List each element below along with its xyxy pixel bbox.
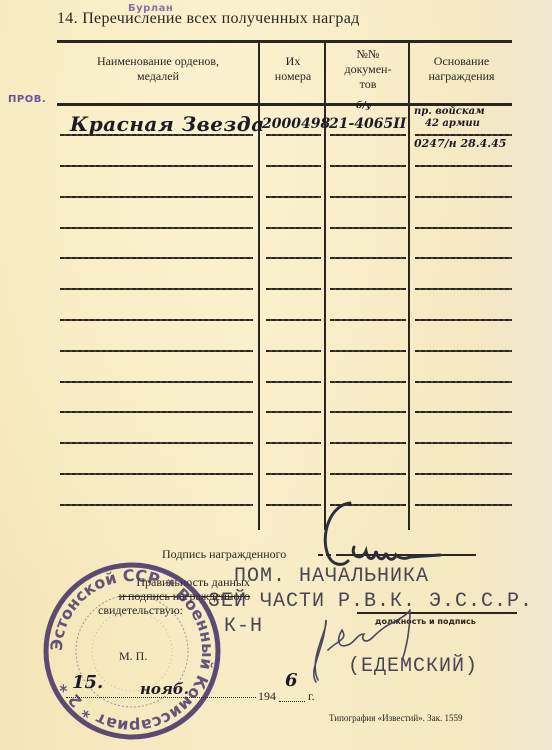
basis-entry-line3: 0247/н 28.4.45 — [414, 137, 506, 150]
table-row-rule — [415, 134, 512, 136]
header-award-basis: Основание награждения — [411, 54, 512, 84]
table-row-rule — [330, 381, 406, 383]
recipient-signature-label: Подпись награжденного — [162, 547, 286, 562]
year-prefix: 194 — [258, 689, 276, 704]
date-month: нояб. — [140, 680, 189, 698]
table-row-rule — [415, 442, 512, 444]
table-row-rule — [330, 196, 406, 198]
table-row-rule — [266, 257, 321, 259]
section-title: 14. Перечисление всех полученных наград — [57, 10, 360, 28]
table-row-rule — [60, 442, 253, 444]
document-number-entry: 21-4065II — [329, 116, 406, 132]
table-row-rule — [60, 165, 253, 167]
table-row-rule — [60, 473, 253, 475]
table-row-rule — [266, 381, 321, 383]
table-row-rule — [266, 165, 321, 167]
table-row-rule — [266, 411, 321, 413]
table-row-rule — [415, 288, 512, 290]
table-row-rule — [60, 227, 253, 229]
table-row-rule — [415, 165, 512, 167]
table-row-rule — [60, 288, 253, 290]
year-line — [279, 700, 305, 702]
table-row-rule — [60, 134, 253, 136]
table-row-rule — [415, 381, 512, 383]
table-row-rule — [330, 227, 406, 229]
award-name-entry: Красная Звезда — [70, 112, 265, 136]
table-row-rule — [266, 196, 321, 198]
year-suffix: 6 — [285, 670, 298, 691]
table-row-rule — [60, 350, 253, 352]
table-row-rule — [266, 319, 321, 321]
table-row-rule — [330, 319, 406, 321]
table-row-rule — [330, 442, 406, 444]
basis-entry-line1: пр. войскам — [414, 106, 485, 117]
table-row-rule — [60, 381, 253, 383]
position-stamp-rank: К-Н — [224, 615, 263, 638]
basis-entry-line2: 42 армии — [425, 118, 480, 129]
table-row-rule — [266, 134, 321, 136]
seal-placeholder-label: М. П. — [119, 649, 147, 664]
table-row-rule — [266, 442, 321, 444]
table-row-rule — [415, 257, 512, 259]
table-row-rule — [266, 288, 321, 290]
table-row-rule — [330, 288, 406, 290]
table-row-rule — [330, 411, 406, 413]
table-row-rule — [60, 319, 253, 321]
table-row-rule — [266, 227, 321, 229]
officer-signature-scrawl — [298, 600, 428, 690]
table-row-rule — [415, 227, 512, 229]
column-divider — [408, 43, 410, 530]
header-award-name: Наименование орденов, медалей — [57, 54, 259, 84]
table-row-rule — [60, 196, 253, 198]
award-record-page: Бурлан 14. Перечисление всех полученных … — [0, 0, 552, 750]
table-top-rule — [57, 40, 512, 43]
header-document-number: №№ докумен- тов — [327, 47, 409, 92]
checked-stamp: ПРОВ. — [8, 94, 46, 105]
table-row-rule — [415, 319, 512, 321]
table-row-rule — [330, 350, 406, 352]
printer-note: Типография «Известий». Зак. 1559 — [329, 713, 463, 723]
award-number-entry: 2000498 — [262, 116, 330, 132]
date-day: 15. — [72, 672, 103, 693]
header-award-number: Их номера — [261, 54, 325, 84]
document-superscript: б/у — [356, 101, 371, 111]
table-row-rule — [266, 473, 321, 475]
table-row-rule — [60, 257, 253, 259]
table-row-rule — [330, 165, 406, 167]
table-row-rule — [415, 350, 512, 352]
table-row-rule — [415, 473, 512, 475]
table-row-rule — [330, 134, 406, 136]
table-row-rule — [330, 473, 406, 475]
table-row-rule — [60, 411, 253, 413]
year-unit: г. — [308, 689, 315, 704]
position-stamp-line1: ПОМ. НАЧАЛЬНИКА — [234, 565, 429, 588]
table-row-rule — [266, 350, 321, 352]
table-row-rule — [330, 257, 406, 259]
table-row-rule — [60, 504, 253, 506]
table-row-rule — [415, 411, 512, 413]
table-row-rule — [415, 196, 512, 198]
